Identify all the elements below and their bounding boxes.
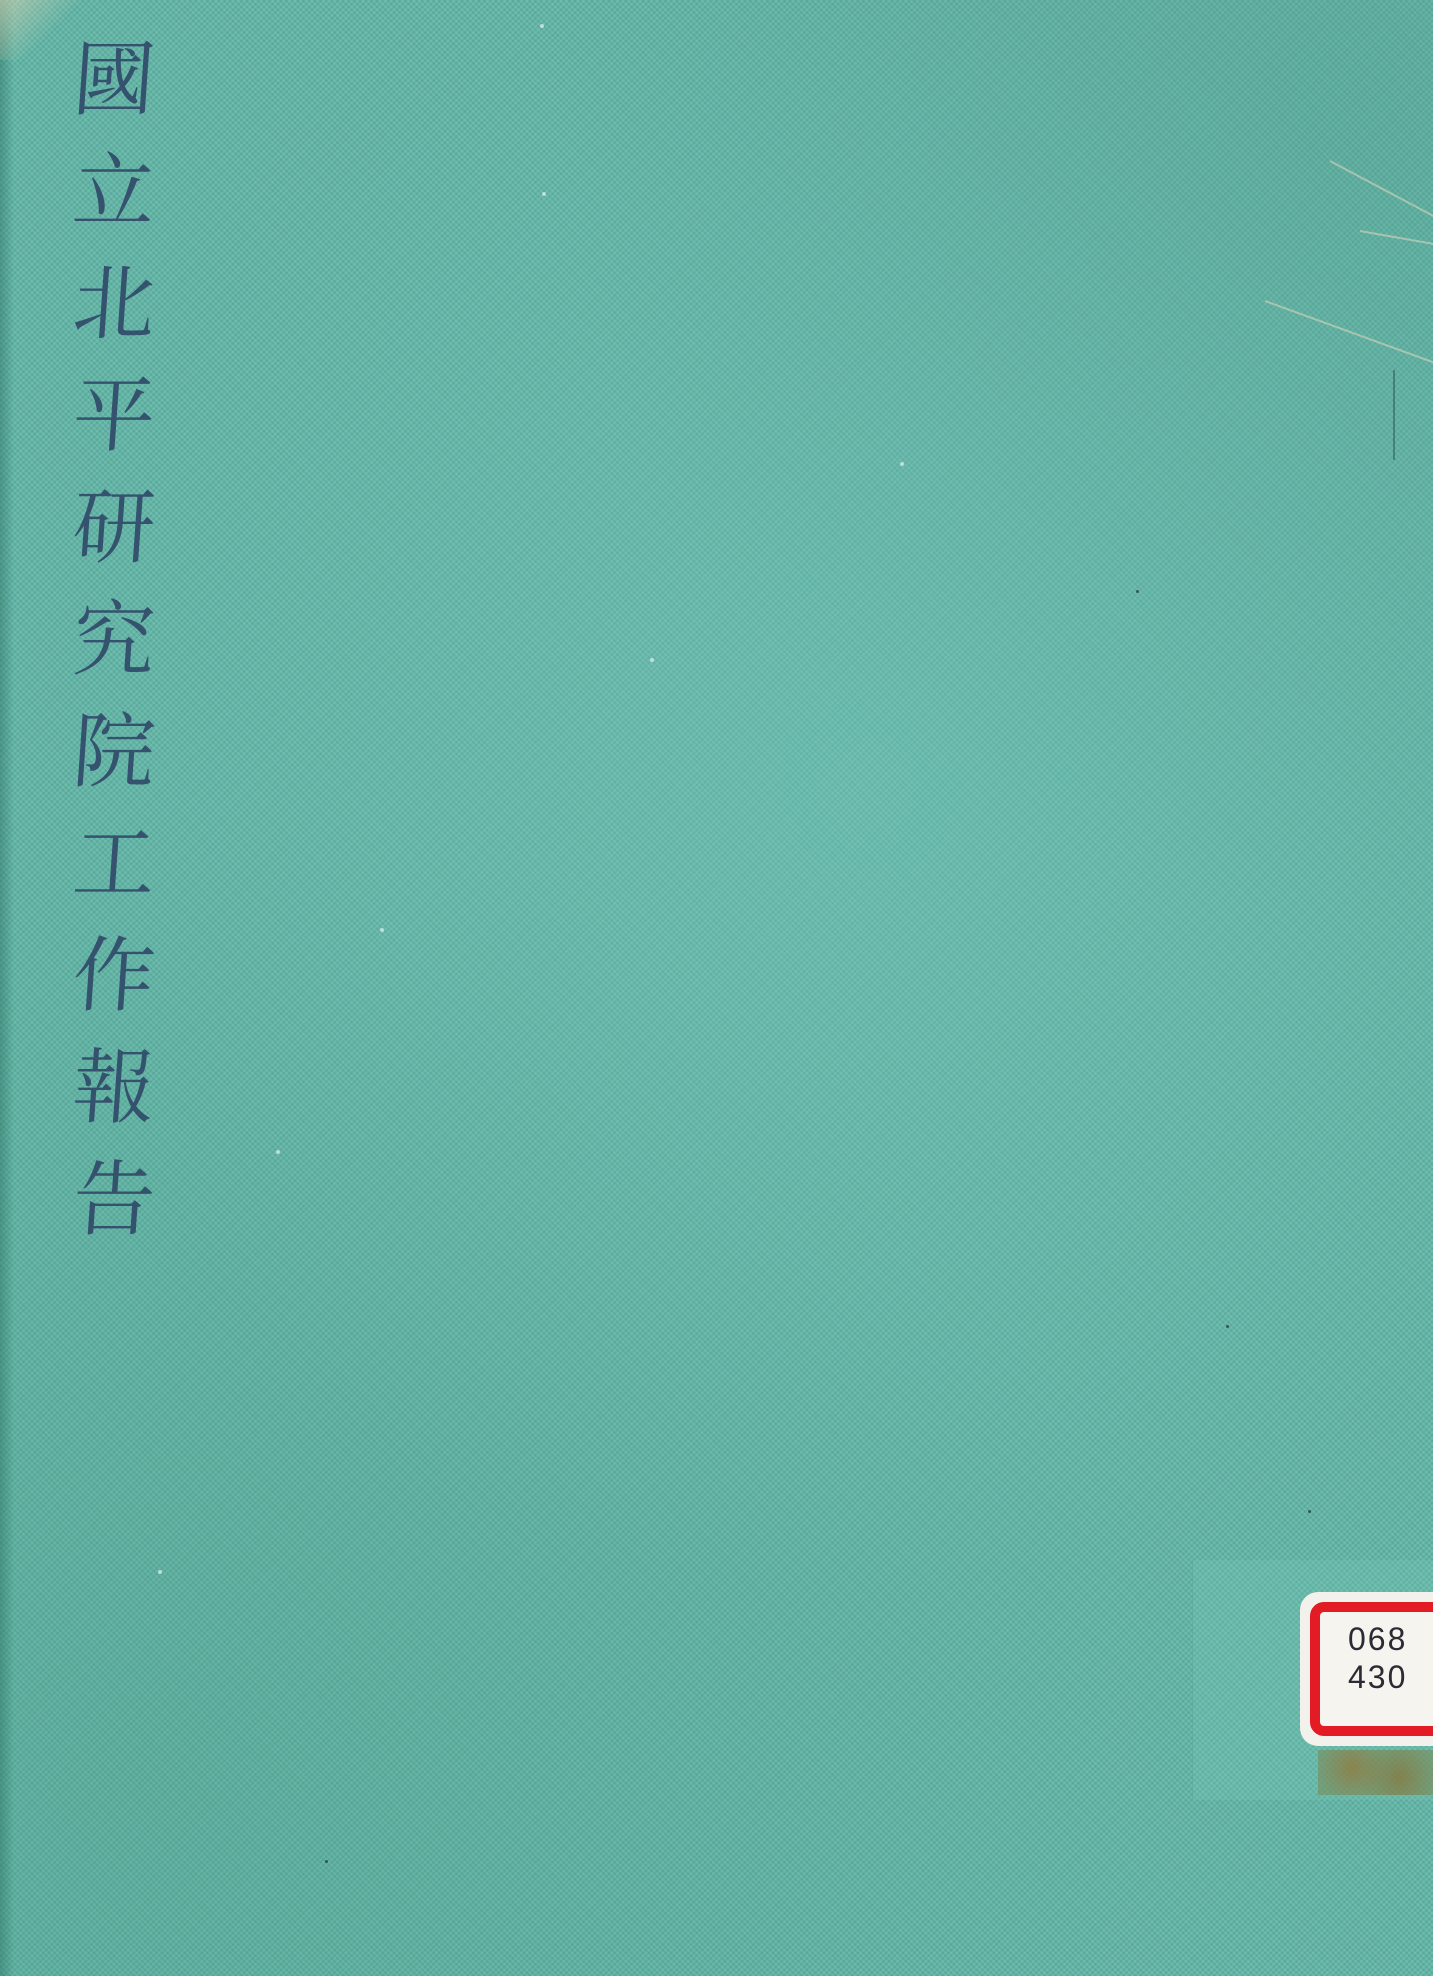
- speck: [542, 192, 546, 196]
- title-char: 平: [68, 376, 158, 488]
- title-char: 院: [68, 712, 158, 824]
- cover-crease: [1265, 300, 1433, 363]
- title-char: 立: [68, 152, 158, 264]
- title-char: 作: [68, 936, 158, 1048]
- title-char: 報: [68, 1048, 158, 1160]
- title-char: 告: [68, 1160, 158, 1272]
- speck: [325, 1860, 328, 1863]
- handwritten-title: 國 立 北 平 研 究 院 工 作 報 告: [48, 40, 178, 1272]
- speck: [1226, 1325, 1229, 1328]
- title-char: 國: [68, 40, 158, 152]
- title-char: 究: [68, 600, 158, 712]
- call-number-line-2: 430: [1348, 1658, 1433, 1696]
- speck: [380, 928, 384, 932]
- speck: [158, 1570, 162, 1574]
- cover-left-edge-shadow: [0, 0, 14, 1976]
- book-cover: 國 立 北 平 研 究 院 工 作 報 告 068 430: [0, 0, 1433, 1976]
- call-number-label-frame: 068 430: [1310, 1602, 1433, 1736]
- call-number-label: 068 430: [1300, 1592, 1433, 1746]
- call-number-line-1: 068: [1348, 1620, 1433, 1658]
- cover-mark: [1393, 370, 1395, 460]
- speck: [276, 1150, 280, 1154]
- speck: [540, 24, 544, 28]
- speck: [900, 462, 904, 466]
- cover-crease: [1330, 160, 1433, 218]
- title-char: 北: [68, 264, 158, 376]
- title-char: 工: [68, 824, 158, 936]
- stain-patch: [1318, 1750, 1433, 1795]
- speck: [1136, 590, 1139, 593]
- cover-crease: [1360, 230, 1433, 248]
- speck: [650, 658, 654, 662]
- title-char: 研: [68, 488, 158, 600]
- speck: [1308, 1510, 1311, 1513]
